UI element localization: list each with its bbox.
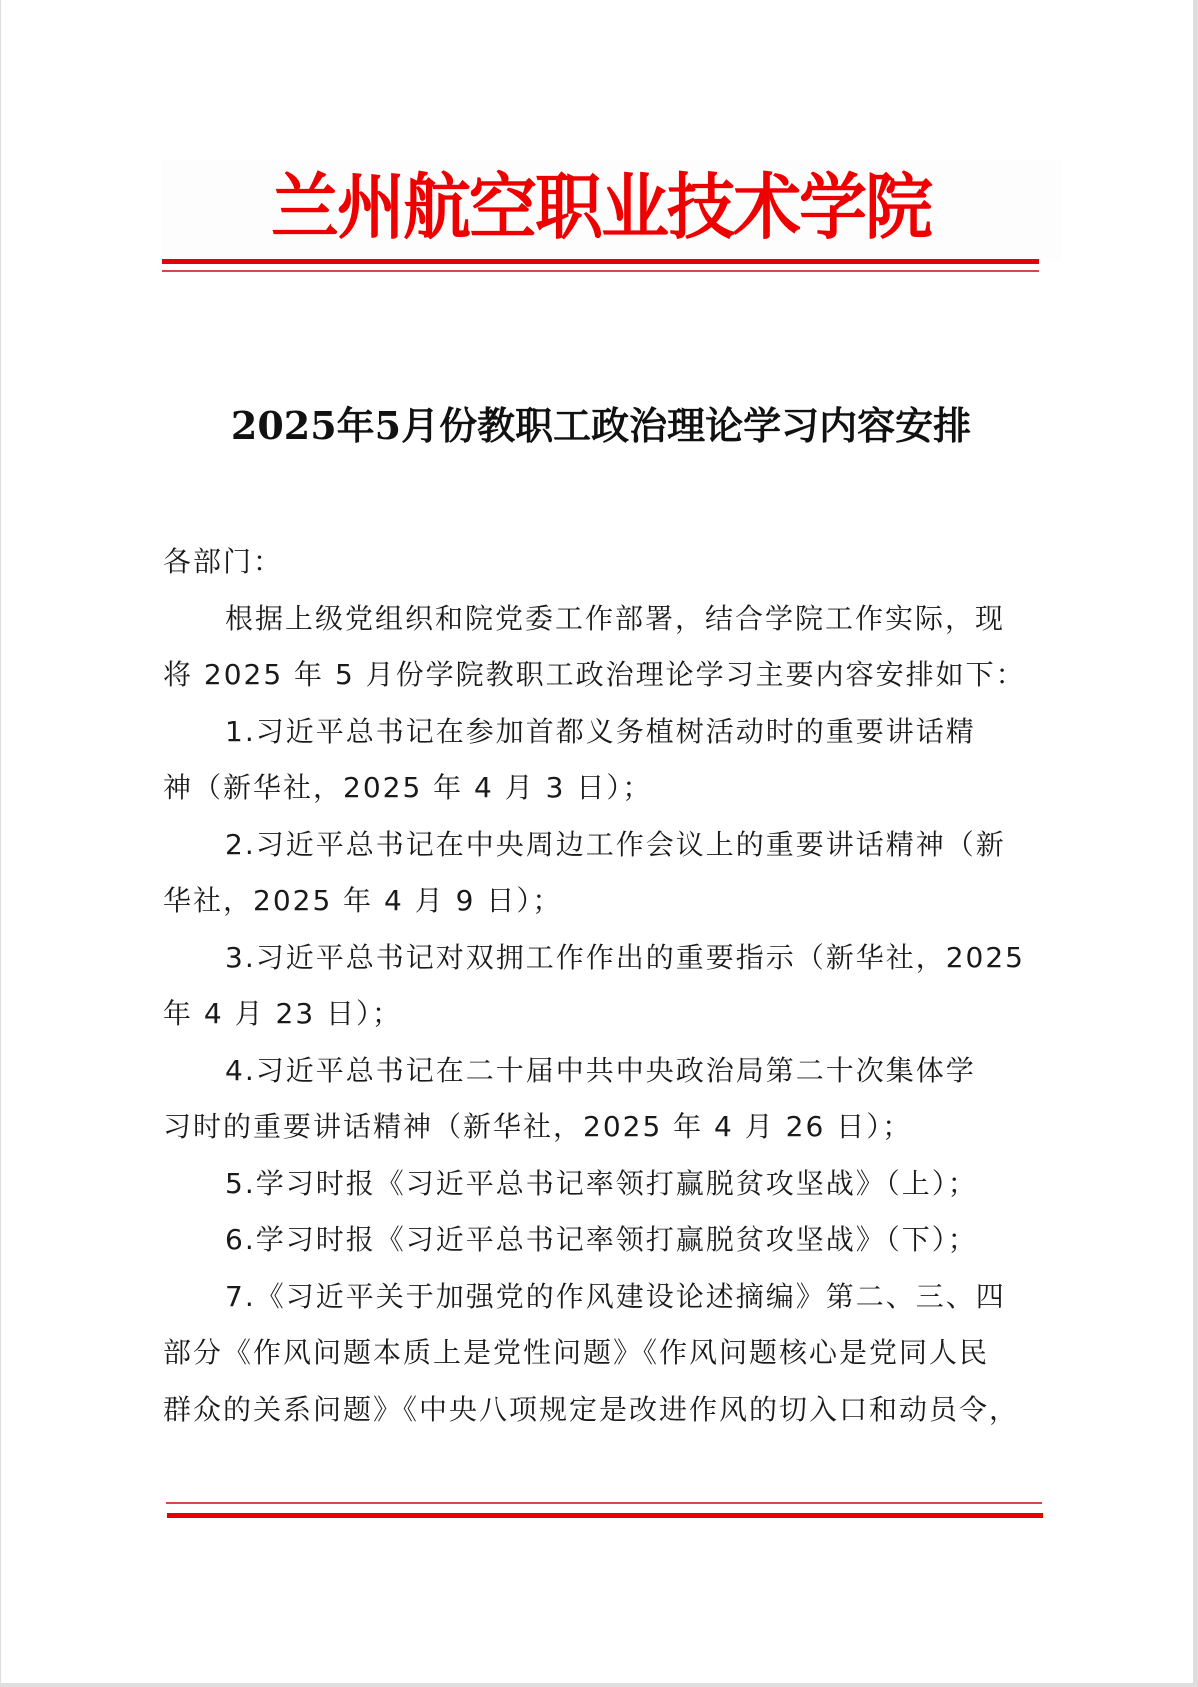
study-item-3-line: 3.习近平总书记对双拥工作作出的重要指示（新华社，2025 <box>163 930 1043 987</box>
study-item-1-line: 1.习近平总书记在参加首都义务植树活动时的重要讲话精 <box>163 704 1043 761</box>
study-item-2-line: 2.习近平总书记在中央周边工作会议上的重要讲话精神（新 <box>163 817 1043 874</box>
study-item-4-line: 习时的重要讲话精神（新华社，2025 年 4 月 26 日）； <box>163 1099 1043 1156</box>
letterhead-thick-rule <box>162 259 1039 264</box>
study-item-2-line: 华社，2025 年 4 月 9 日）； <box>163 873 1043 930</box>
study-item-7-line: 群众的关系问题》《中央八项规定是改进作风的切入口和动员令， <box>163 1382 1043 1439</box>
study-item-5-line: 5.学习时报《习近平总书记率领打赢脱贫攻坚战》（上）； <box>163 1156 1043 1213</box>
body-line: 将 2025 年 5 月份学院教职工政治理论学习主要内容安排如下： <box>163 647 1043 704</box>
document-page: 兰州航空职业技术学院 2025年5月份教职工政治理论学习内容安排 各部门： 根据… <box>1 0 1193 1683</box>
letterhead-organization-name: 兰州航空职业技术学院 <box>163 166 1039 250</box>
study-item-3-line: 年 4 月 23 日）； <box>163 986 1043 1043</box>
letterhead-thin-rule <box>162 270 1039 272</box>
study-item-7-line: 7.《习近平关于加强党的作风建设论述摘编》第二、三、四 <box>163 1269 1043 1326</box>
document-title: 2025年5月份教职工政治理论学习内容安排 <box>121 400 1081 452</box>
document-body: 各部门： 根据上级党组织和院党委工作部署，结合学院工作实际，现 将 2025 年… <box>163 534 1043 1438</box>
study-item-6-line: 6.学习时报《习近平总书记率领打赢脱贫攻坚战》（下）； <box>163 1212 1043 1269</box>
study-item-4-line: 4.习近平总书记在二十届中共中央政治局第二十次集体学 <box>163 1043 1043 1100</box>
body-line: 根据上级党组织和院党委工作部署，结合学院工作实际，现 <box>163 591 1043 648</box>
footer-thin-rule <box>166 1502 1042 1504</box>
footer-thick-rule <box>167 1513 1043 1518</box>
salutation: 各部门： <box>163 534 1043 591</box>
study-item-1-line: 神（新华社，2025 年 4 月 3 日）； <box>163 760 1043 817</box>
study-item-7-line: 部分《作风问题本质上是党性问题》《作风问题核心是党同人民 <box>163 1325 1043 1382</box>
